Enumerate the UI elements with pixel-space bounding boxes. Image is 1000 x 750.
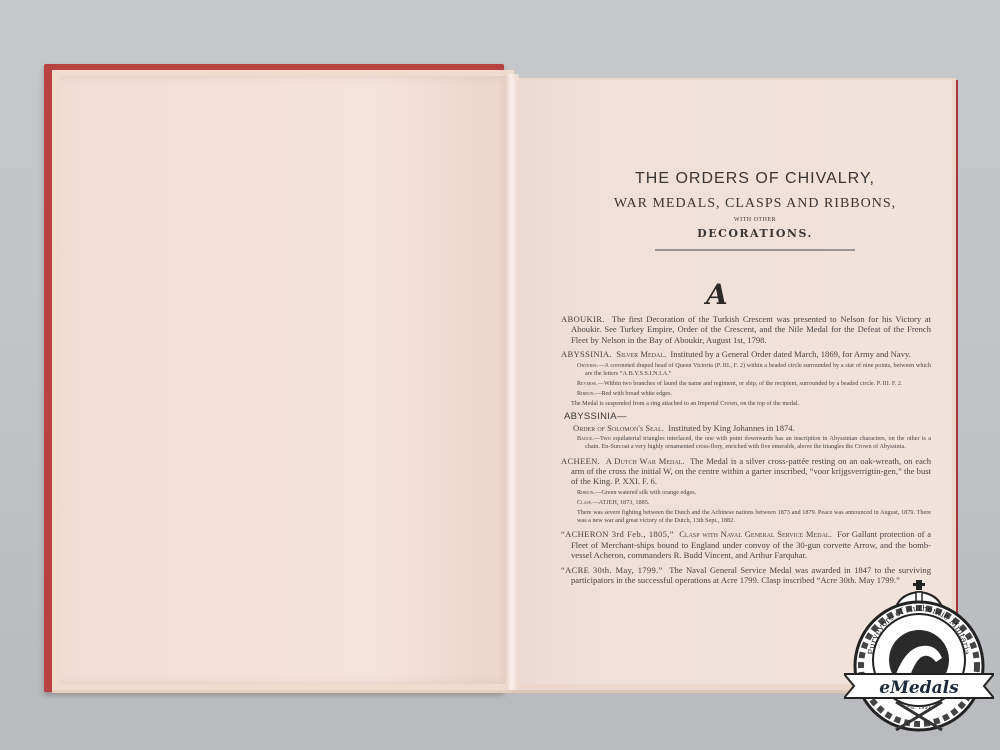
open-book: THE ORDERS OF CHIVALRY, WAR MEDALS, CLAS… bbox=[0, 0, 1000, 750]
blank-left-page bbox=[60, 76, 512, 684]
book-gutter bbox=[505, 74, 519, 690]
entry-text: Instituted by King Johannes in 1874. bbox=[668, 423, 795, 433]
entry-subtitle: Order of Solomon's Seal. bbox=[573, 423, 664, 433]
entry-detail: Clasp.—ATJEH, 1873, 1885. bbox=[577, 499, 931, 507]
entry-abyssinia-order: ABYSSINIA— Order of Solomon's Seal. Inst… bbox=[561, 412, 931, 451]
title-line-4: DECORATIONS. bbox=[560, 227, 950, 240]
entry-abyssinia-medal: ABYSSINIA. Silver Medal. Instituted by a… bbox=[561, 349, 931, 408]
entry-detail: Reverse.—Within two branches of laurel t… bbox=[577, 380, 931, 388]
entry-acheron: “ACHERON 3rd Feb., 1805,” Clasp with Nav… bbox=[561, 529, 931, 560]
title-rule bbox=[655, 249, 855, 251]
title-line-2: WAR MEDALS, CLASPS AND RIBBONS, bbox=[560, 196, 950, 212]
entry-head: ACHEEN. bbox=[561, 456, 600, 466]
entry-acheen: ACHEEN. A Dutch War Medal. The Medal is … bbox=[561, 456, 931, 526]
entry-head: ABYSSINIA. bbox=[561, 349, 612, 359]
entry-detail: Ribbon.—Red with broad white edges. bbox=[577, 390, 931, 398]
title-line-3: WITH OTHER bbox=[560, 217, 950, 223]
entry-subtitle: A Dutch War Medal. bbox=[606, 456, 685, 466]
entry-head: ABOUKIR. bbox=[561, 314, 605, 324]
entry-subtitle: Silver Medal. bbox=[616, 349, 666, 359]
brand-name: eMedals bbox=[879, 678, 959, 698]
entry-note: There was severe fighting between the Du… bbox=[577, 509, 931, 525]
emedals-watermark: Purveyors of Authentic Militaria eMedals… bbox=[844, 578, 994, 738]
entry-text: The first Decoration of the Turkish Cres… bbox=[571, 314, 931, 345]
entries-list: ABOUKIR. The first Decoration of the Tur… bbox=[561, 314, 931, 589]
entry-head: “ACRE 30th. May, 1799.” bbox=[561, 565, 663, 575]
title-block: THE ORDERS OF CHIVALRY, WAR MEDALS, CLAS… bbox=[560, 170, 950, 251]
title-line-1: THE ORDERS OF CHIVALRY, bbox=[560, 170, 950, 188]
entry-subtitle: Clasp with Naval General Service Medal. bbox=[679, 529, 832, 539]
section-letter: A bbox=[706, 278, 728, 311]
entry-aboukir: ABOUKIR. The first Decoration of the Tur… bbox=[561, 314, 931, 345]
entry-detail: Ribbon.—Green watered silk with orange e… bbox=[577, 489, 931, 497]
entry-detail: Badge.—Two equilaterial triangles interl… bbox=[577, 435, 931, 451]
crown-laurel-badge-icon: Purveyors of Authentic Militaria eMedals… bbox=[844, 578, 994, 738]
entry-head: ABYSSINIA— bbox=[564, 412, 931, 422]
entry-detail: Obverse.—A coroneted draped head of Quee… bbox=[577, 362, 931, 378]
entry-head: “ACHERON 3rd Feb., 1805,” bbox=[561, 529, 674, 539]
entry-note: The Medal is suspended from a ring attac… bbox=[571, 400, 931, 408]
entry-text: Instituted by a General Order dated Marc… bbox=[670, 349, 910, 359]
